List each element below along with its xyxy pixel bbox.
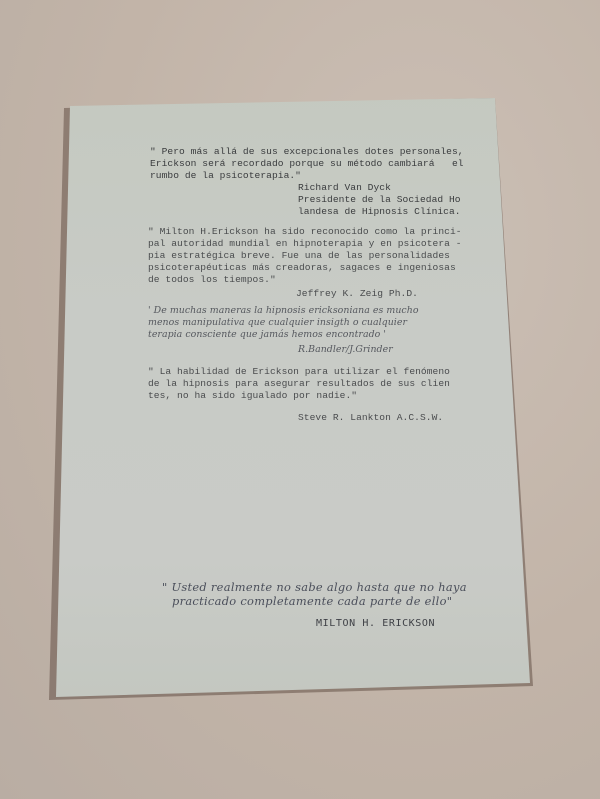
quote-line: de todos los tiempos." (148, 274, 276, 285)
quote-line: pal autoridad mundial en hipnoterapia y … (148, 238, 462, 249)
closing-quote-line: practicado completamente cada parte de e… (172, 594, 452, 608)
quote-author-title: Presidente de la Sociedad Ho (298, 194, 461, 205)
quote-author: Richard Van Dyck (298, 182, 391, 193)
quote-line: ' De muchas maneras la hipnosis erickson… (148, 305, 419, 316)
quote-line: " Milton H.Erickson ha sido reconocido c… (148, 226, 462, 237)
closing-quote-line: " Usted realmente no sabe algo hasta que… (162, 580, 467, 594)
quote-line: pia estratégica breve. Fue una de las pe… (148, 250, 450, 261)
quote-author-title: landesa de Hipnosis Clínica. (298, 206, 461, 217)
quote-line: " La habilidad de Erickson para utilizar… (148, 366, 450, 377)
quote-author: Steve R. Lankton A.C.S.W. (298, 412, 443, 423)
quote-line: Erickson será recordado porque su método… (150, 158, 464, 169)
quote-author: Jeffrey K. Zeig Ph.D. (296, 288, 418, 299)
quote-line: " Pero más allá de sus excepcionales dot… (150, 146, 464, 157)
paper-sheet: " Pero más allá de sus excepcionales dot… (0, 0, 600, 799)
quote-line: menos manipulativa que cualquier insigth… (148, 317, 407, 328)
quote-line: tes, no ha sido igualado por nadie." (148, 390, 357, 401)
quote-line: psicoterapéuticas más creadoras, sagaces… (148, 262, 456, 273)
quote-author: R.Bandler/J.Grinder (298, 344, 393, 355)
quote-line: terapia consciente que jamás hemos encon… (148, 329, 386, 340)
quote-line: rumbo de la psicoterapia." (150, 170, 301, 181)
quote-line: de la hipnosis para asegurar resultados … (148, 378, 450, 389)
closing-quote-author: MILTON H. ERICKSON (316, 618, 435, 629)
